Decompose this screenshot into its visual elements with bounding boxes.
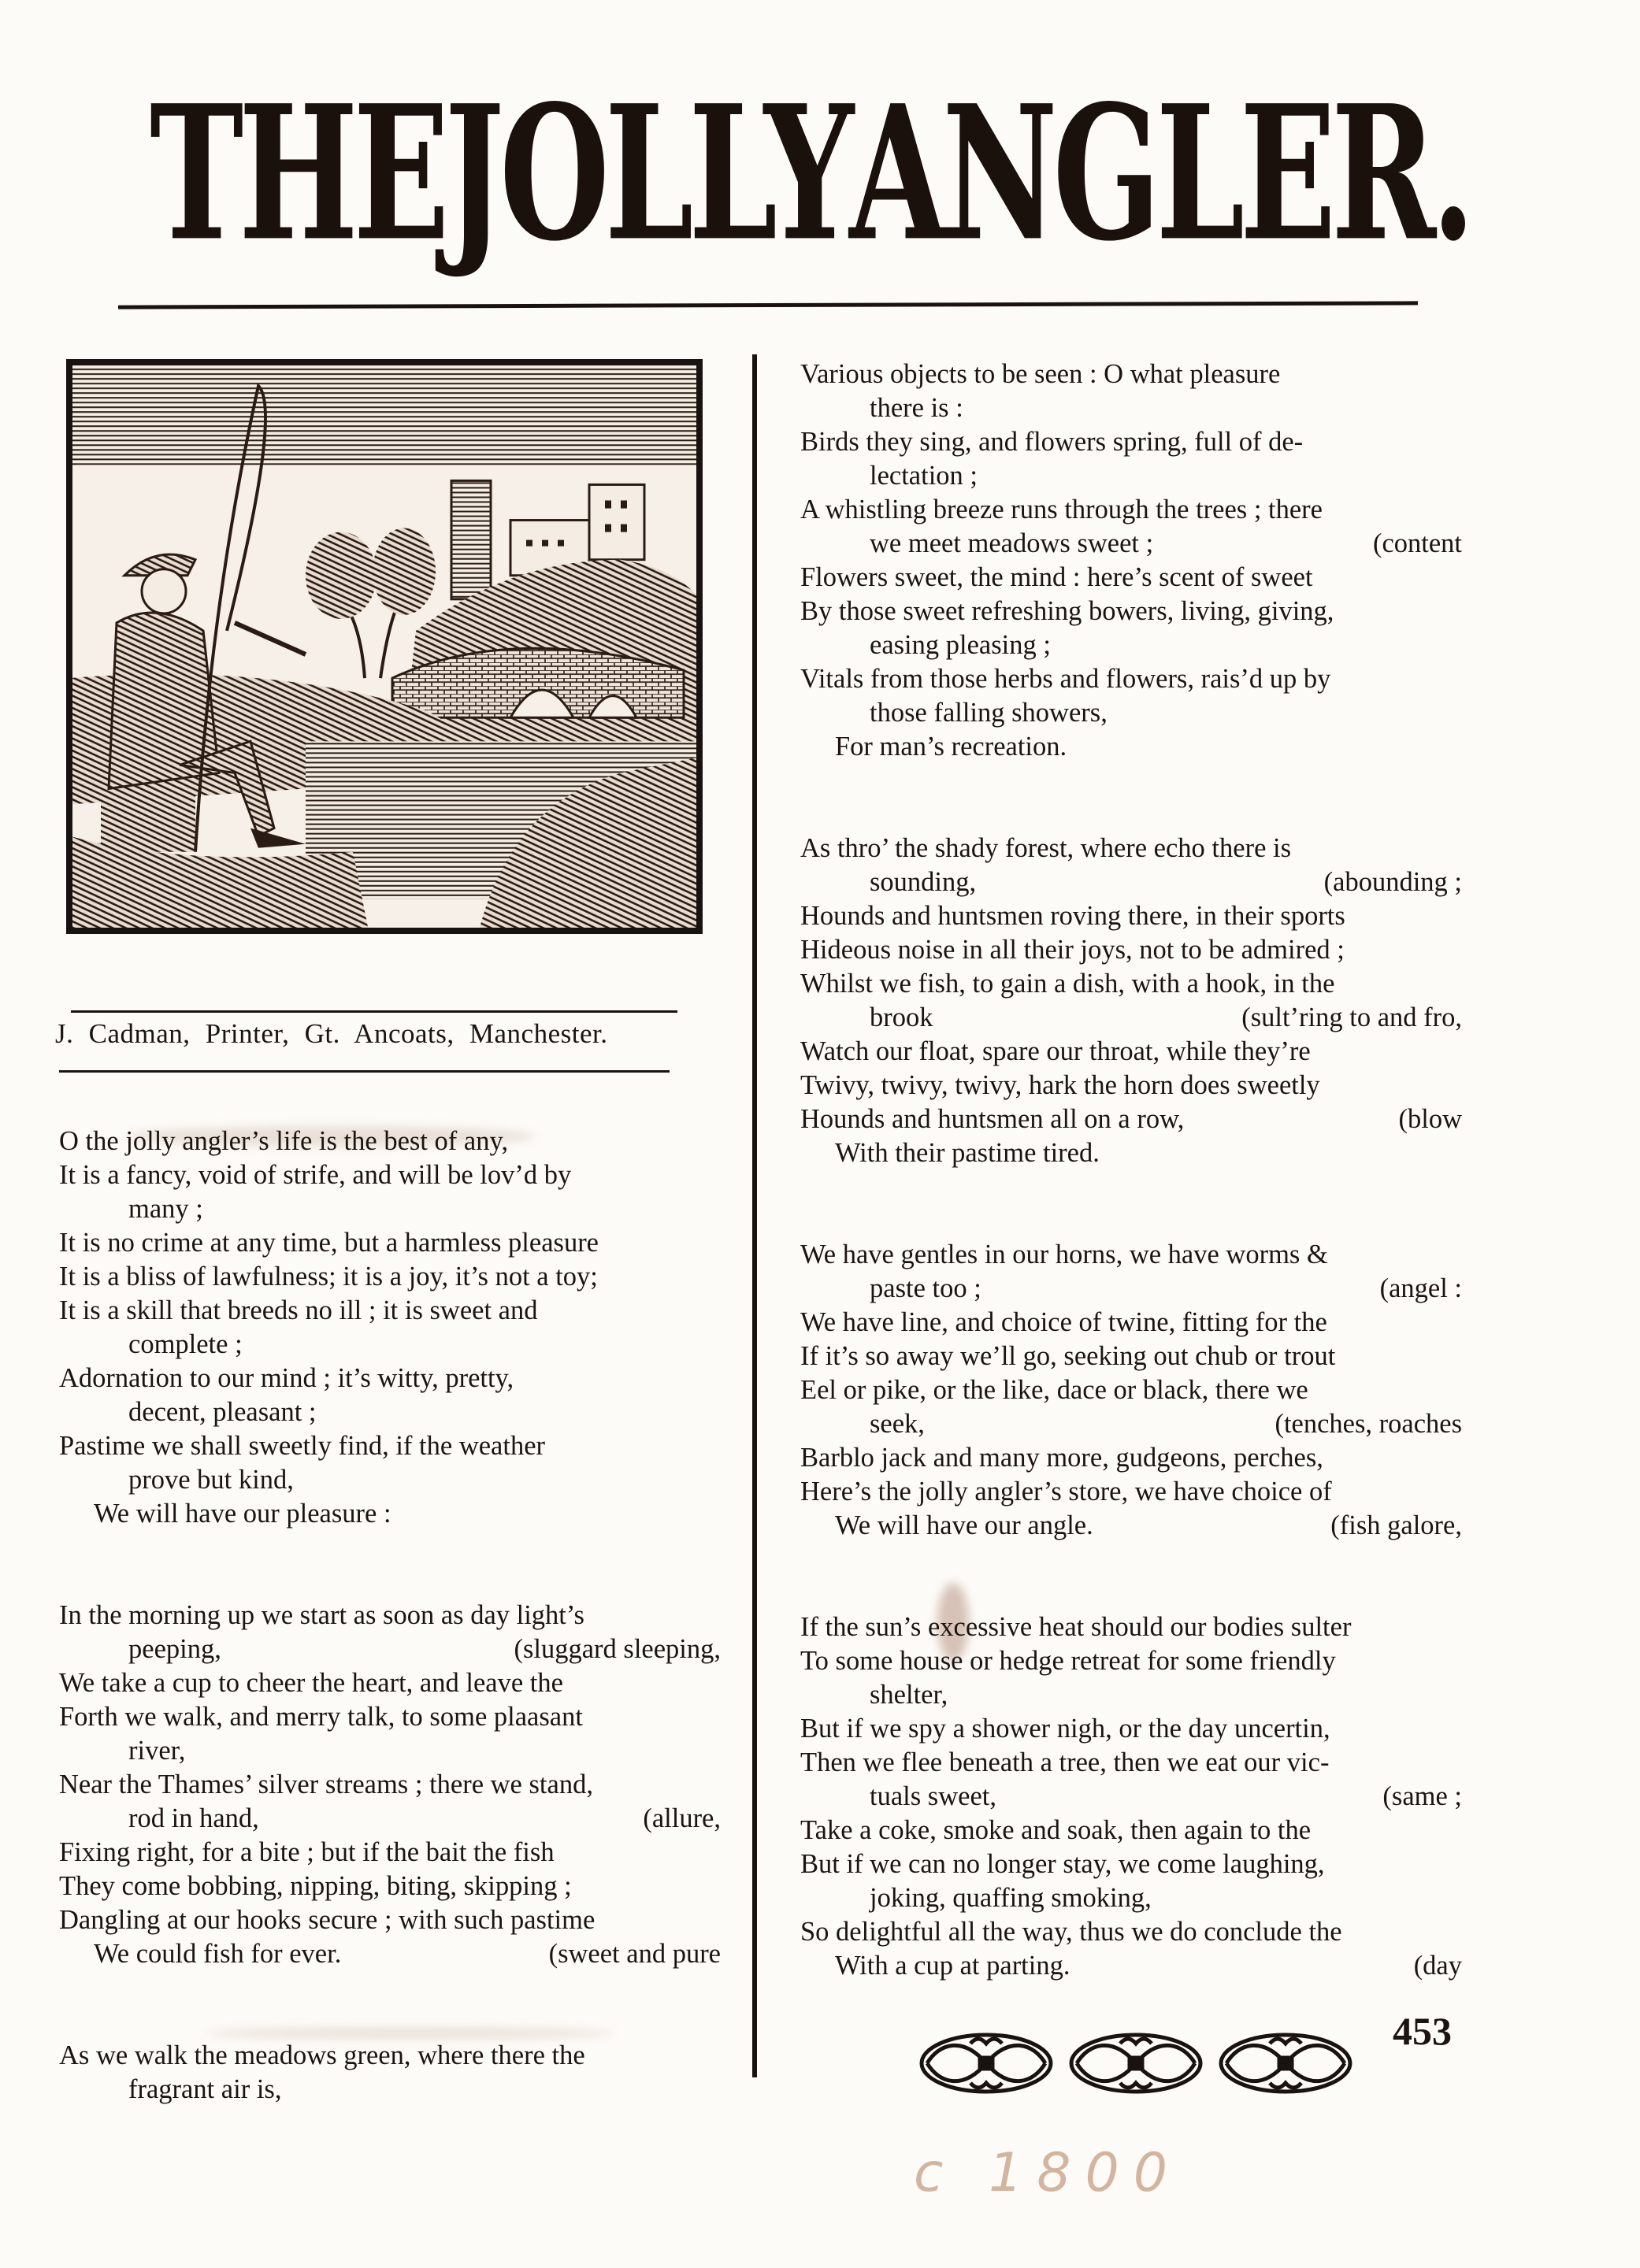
verse-line: prove but kind, (59, 1463, 721, 1497)
verse-text: Fixing right, for a bite ; but if the ba… (59, 1836, 555, 1870)
verse-line: Hounds and huntsmen roving there, in the… (800, 899, 1462, 933)
verse-line: tuals sweet,(same ; (800, 1780, 1462, 1814)
verse-text: Eel or pike, or the like, dace or black,… (800, 1373, 1308, 1407)
stanza: O the jolly angler’s life is the best of… (59, 1125, 721, 1531)
stanza: We have gentles in our horns, we have wo… (800, 1238, 1462, 1543)
verse-turnover: (day (1414, 1949, 1462, 1983)
verse-text: Dangling at our hooks secure ; with such… (59, 1903, 595, 1937)
verse-turnover: (angel : (1380, 1272, 1462, 1306)
verse-line: But if we spy a shower nigh, or the day … (800, 1712, 1462, 1746)
verse-text: Watch our float, spare our throat, while… (800, 1035, 1311, 1069)
verse-text: With their pastime tired. (835, 1136, 1100, 1170)
verse-text: Whilst we fish, to gain a dish, with a h… (800, 967, 1334, 1001)
verse-text: As thro’ the shady forest, where echo th… (800, 832, 1291, 865)
verse-line: Adornation to our mind ; it’s witty, pre… (59, 1362, 721, 1395)
verse-line: Eel or pike, or the like, dace or black,… (800, 1373, 1462, 1407)
verse-line: fragrant air is, (59, 2073, 721, 2107)
verse-text: those falling showers, (870, 696, 1108, 730)
verse-text: It is a fancy, void of strife, and will … (59, 1158, 571, 1192)
verse-turnover: (tenches, roaches (1275, 1407, 1462, 1441)
verse-line: It is a skill that breeds no ill ; it is… (59, 1294, 721, 1328)
verse-line: Various objects to be seen : O what plea… (800, 358, 1462, 391)
verse-line: We have line, and choice of twine, fitti… (800, 1306, 1462, 1340)
verse-line: To some house or hedge retreat for some … (800, 1644, 1462, 1678)
anthemion-ornament-icon (1065, 2028, 1207, 2099)
verse-line: Vitals from those herbs and flowers, rai… (800, 662, 1462, 696)
verse-turnover: (blow (1399, 1102, 1463, 1136)
verse-line: brook(sult’ring to and fro, (800, 1001, 1462, 1035)
verse-line: Hideous noise in all their joys, not to … (800, 933, 1462, 967)
verse-text: It is no crime at any time, but a harmle… (59, 1226, 599, 1260)
verse-text: To some house or hedge retreat for some … (800, 1644, 1336, 1678)
verse-line: A whistling breeze runs through the tree… (800, 493, 1462, 527)
verse-turnover: (content (1373, 527, 1462, 561)
verse-text: Forth we walk, and merry talk, to some p… (59, 1700, 583, 1734)
verse-turnover: (same ; (1382, 1780, 1462, 1814)
verse-text: Hounds and huntsmen roving there, in the… (800, 899, 1345, 933)
verse-line: lectation ; (800, 459, 1462, 493)
verse-text: brook (870, 1001, 933, 1035)
verse-line: Birds they sing, and flowers spring, ful… (800, 425, 1462, 459)
verse-line: By those sweet refreshing bowers, living… (800, 595, 1462, 628)
verse-line: there is : (800, 391, 1462, 425)
verse-text: But if we spy a shower nigh, or the day … (800, 1712, 1330, 1746)
verse-line: We take a cup to cheer the heart, and le… (59, 1666, 721, 1700)
verse-line: peeping,(sluggard sleeping, (59, 1632, 721, 1666)
verse-line: Fixing right, for a bite ; but if the ba… (59, 1836, 721, 1870)
verse-line: Barblo jack and many more, gudgeons, per… (800, 1441, 1462, 1475)
verse-text: So delightful all the way, thus we do co… (800, 1915, 1342, 1949)
verse-text: paste too ; (870, 1272, 981, 1306)
verse-text: Hideous noise in all their joys, not to … (800, 933, 1345, 967)
verse-line: We will have our pleasure : (59, 1497, 721, 1531)
verse-turnover: (allure, (643, 1802, 721, 1836)
verse-text: As we walk the meadows green, where ther… (59, 2039, 585, 2073)
verse-line: They come bobbing, nipping, biting, skip… (59, 1870, 721, 1903)
verse-line: So delightful all the way, thus we do co… (800, 1915, 1462, 1949)
verse-line: In the morning up we start as soon as da… (59, 1599, 721, 1632)
verse-text: We could fish for ever. (94, 1937, 341, 1971)
verse-turnover: (fish galore, (1330, 1509, 1462, 1543)
verse-line: Pastime we shall sweetly find, if the we… (59, 1429, 721, 1463)
left-column: O the jolly angler’s life is the best of… (59, 1125, 721, 2107)
verse-line: As thro’ the shady forest, where echo th… (800, 832, 1462, 865)
verse-line: It is a fancy, void of strife, and will … (59, 1158, 721, 1192)
verse-text: It is a bliss of lawfulness; it is a joy… (59, 1260, 598, 1294)
verse-line: Near the Thames’ silver streams ; there … (59, 1768, 721, 1802)
title-word: ANGLER. (849, 81, 1471, 266)
stanza: Various objects to be seen : O what plea… (800, 358, 1462, 764)
verse-line: we meet meadows sweet ;(content (800, 527, 1462, 561)
verse-text: Twivy, twivy, twivy, hark the horn does … (800, 1069, 1320, 1102)
verse-text: We will have our angle. (835, 1509, 1093, 1543)
verse-text: With a cup at parting. (835, 1949, 1070, 1983)
verse-text: If the sun’s excessive heat should our b… (800, 1610, 1351, 1644)
verse-text: peeping, (128, 1632, 221, 1666)
verse-line: rod in hand,(allure, (59, 1802, 721, 1836)
verse-text: joking, quaffing smoking, (870, 1881, 1152, 1915)
verse-line: For man’s recreation. (800, 730, 1462, 764)
verse-text: many ; (128, 1192, 203, 1226)
verse-text: rod in hand, (128, 1802, 259, 1836)
verse-line: Watch our float, spare our throat, while… (800, 1035, 1462, 1069)
verse-line: Hounds and huntsmen all on a row,(blow (800, 1102, 1462, 1136)
verse-text: sounding, (870, 865, 976, 899)
verse-line: complete ; (59, 1328, 721, 1362)
woodcut-illustration (66, 359, 703, 934)
verse-line: But if we can no longer stay, we come la… (800, 1847, 1462, 1881)
imprint-rule-top (71, 1010, 677, 1013)
verse-turnover: (sweet and pure (549, 1937, 721, 1971)
verse-line: We could fish for ever.(sweet and pure (59, 1937, 721, 1971)
verse-text: We have line, and choice of twine, fitti… (800, 1306, 1327, 1340)
verse-line: Take a coke, smoke and soak, then again … (800, 1814, 1462, 1847)
verse-text: If it’s so away we’ll go, seeking out ch… (800, 1340, 1335, 1373)
verse-line: sounding,(abounding ; (800, 865, 1462, 899)
stanza: As thro’ the shady forest, where echo th… (800, 832, 1462, 1170)
verse-line: many ; (59, 1192, 721, 1226)
verse-line: As we walk the meadows green, where ther… (59, 2039, 721, 2073)
verse-line: Then we flee beneath a tree, then we eat… (800, 1746, 1462, 1780)
page-title: THE JOLLY ANGLER. (150, 85, 1394, 266)
title-word: JOLLY (445, 81, 849, 266)
verse-line: seek,(tenches, roaches (800, 1407, 1462, 1441)
verse-line: shelter, (800, 1678, 1462, 1712)
verse-line: Forth we walk, and merry talk, to some p… (59, 1700, 721, 1734)
verse-line: those falling showers, (800, 696, 1462, 730)
verse-text: decent, pleasant ; (128, 1395, 317, 1429)
verse-text: Pastime we shall sweetly find, if the we… (59, 1429, 545, 1463)
handwritten-date-note: c 1800 (914, 2142, 1182, 2204)
verse-text: tuals sweet, (870, 1780, 996, 1814)
verse-line: decent, pleasant ; (59, 1395, 721, 1429)
stanza: If the sun’s excessive heat should our b… (800, 1610, 1462, 1983)
verse-text: Then we flee beneath a tree, then we eat… (800, 1746, 1329, 1780)
verse-line: Here’s the jolly angler’s store, we have… (800, 1475, 1462, 1509)
verse-text: river, (128, 1734, 185, 1768)
verse-line: Dangling at our hooks secure ; with such… (59, 1903, 721, 1937)
printer-imprint: J. Cadman, Printer, Gt. Ancoats, Manches… (55, 1018, 685, 1050)
verse-text: prove but kind, (128, 1463, 294, 1497)
verse-turnover: (sluggard sleeping, (514, 1632, 721, 1666)
verse-text: By those sweet refreshing bowers, living… (800, 595, 1334, 628)
verse-text: Various objects to be seen : O what plea… (800, 358, 1280, 391)
verse-text: Hounds and huntsmen all on a row, (800, 1102, 1184, 1136)
verse-turnover: (sult’ring to and fro, (1241, 1001, 1462, 1035)
verse-text: fragrant air is, (128, 2073, 281, 2107)
verse-text: Flowers sweet, the mind : here’s scent o… (800, 561, 1313, 595)
verse-text: there is : (870, 391, 963, 425)
verse-text: Here’s the jolly angler’s store, we have… (800, 1475, 1332, 1509)
verse-line: paste too ;(angel : (800, 1272, 1462, 1306)
anthemion-ornament-icon (915, 2028, 1057, 2099)
verse-line: We have gentles in our horns, we have wo… (800, 1238, 1462, 1272)
imprint-rule-bottom (59, 1070, 670, 1073)
verse-line: We will have our angle.(fish galore, (800, 1509, 1462, 1543)
verse-text: We take a cup to cheer the heart, and le… (59, 1666, 563, 1700)
right-column: Various objects to be seen : O what plea… (800, 358, 1462, 1983)
column-divider (752, 354, 757, 2077)
verse-text: Take a coke, smoke and soak, then again … (800, 1814, 1311, 1847)
verse-text: we meet meadows sweet ; (870, 527, 1153, 561)
anthemion-ornament-icon (1215, 2028, 1356, 2099)
verse-text: We have gentles in our horns, we have wo… (800, 1238, 1328, 1272)
verse-line: easing pleasing ; (800, 628, 1462, 662)
stanza: As we walk the meadows green, where ther… (59, 2039, 721, 2107)
verse-line: joking, quaffing smoking, (800, 1881, 1462, 1915)
verse-text: Adornation to our mind ; it’s witty, pre… (59, 1362, 514, 1395)
title-rule (118, 301, 1418, 309)
verse-text: O the jolly angler’s life is the best of… (59, 1125, 508, 1158)
verse-text: Near the Thames’ silver streams ; there … (59, 1768, 593, 1802)
verse-line: Whilst we fish, to gain a dish, with a h… (800, 967, 1462, 1001)
stanza: In the morning up we start as soon as da… (59, 1599, 721, 1971)
page-number: 453 (1393, 2008, 1452, 2054)
verse-text: In the morning up we start as soon as da… (59, 1599, 584, 1632)
verse-text: Barblo jack and many more, gudgeons, per… (800, 1441, 1323, 1475)
decorative-ornaments (915, 2028, 1467, 2099)
verse-line: It is a bliss of lawfulness; it is a joy… (59, 1260, 721, 1294)
angler-woodcut-icon (69, 362, 699, 931)
verse-text: Vitals from those herbs and flowers, rai… (800, 662, 1330, 696)
verse-text: seek, (870, 1407, 925, 1441)
verse-line: With their pastime tired. (800, 1136, 1462, 1170)
title-word: THE (150, 81, 445, 266)
verse-line: With a cup at parting.(day (800, 1949, 1462, 1983)
verse-line: It is no crime at any time, but a harmle… (59, 1226, 721, 1260)
verse-text: But if we can no longer stay, we come la… (800, 1847, 1325, 1881)
verse-text: A whistling breeze runs through the tree… (800, 493, 1323, 527)
verse-text: easing pleasing ; (870, 628, 1051, 662)
verse-line: If it’s so away we’ll go, seeking out ch… (800, 1340, 1462, 1373)
verse-line: If the sun’s excessive heat should our b… (800, 1610, 1462, 1644)
verse-line: Flowers sweet, the mind : here’s scent o… (800, 561, 1462, 595)
verse-text: complete ; (128, 1328, 243, 1362)
verse-line: O the jolly angler’s life is the best of… (59, 1125, 721, 1158)
verse-line: river, (59, 1734, 721, 1768)
verse-text: lectation ; (870, 459, 978, 493)
verse-turnover: (abounding ; (1324, 865, 1462, 899)
verse-text: shelter, (870, 1678, 948, 1712)
verse-line: Twivy, twivy, twivy, hark the horn does … (800, 1069, 1462, 1102)
verse-text: They come bobbing, nipping, biting, skip… (59, 1870, 572, 1903)
verse-text: We will have our pleasure : (94, 1497, 391, 1531)
verse-text: It is a skill that breeds no ill ; it is… (59, 1294, 538, 1328)
verse-text: Birds they sing, and flowers spring, ful… (800, 425, 1303, 459)
verse-text: For man’s recreation. (835, 730, 1067, 764)
